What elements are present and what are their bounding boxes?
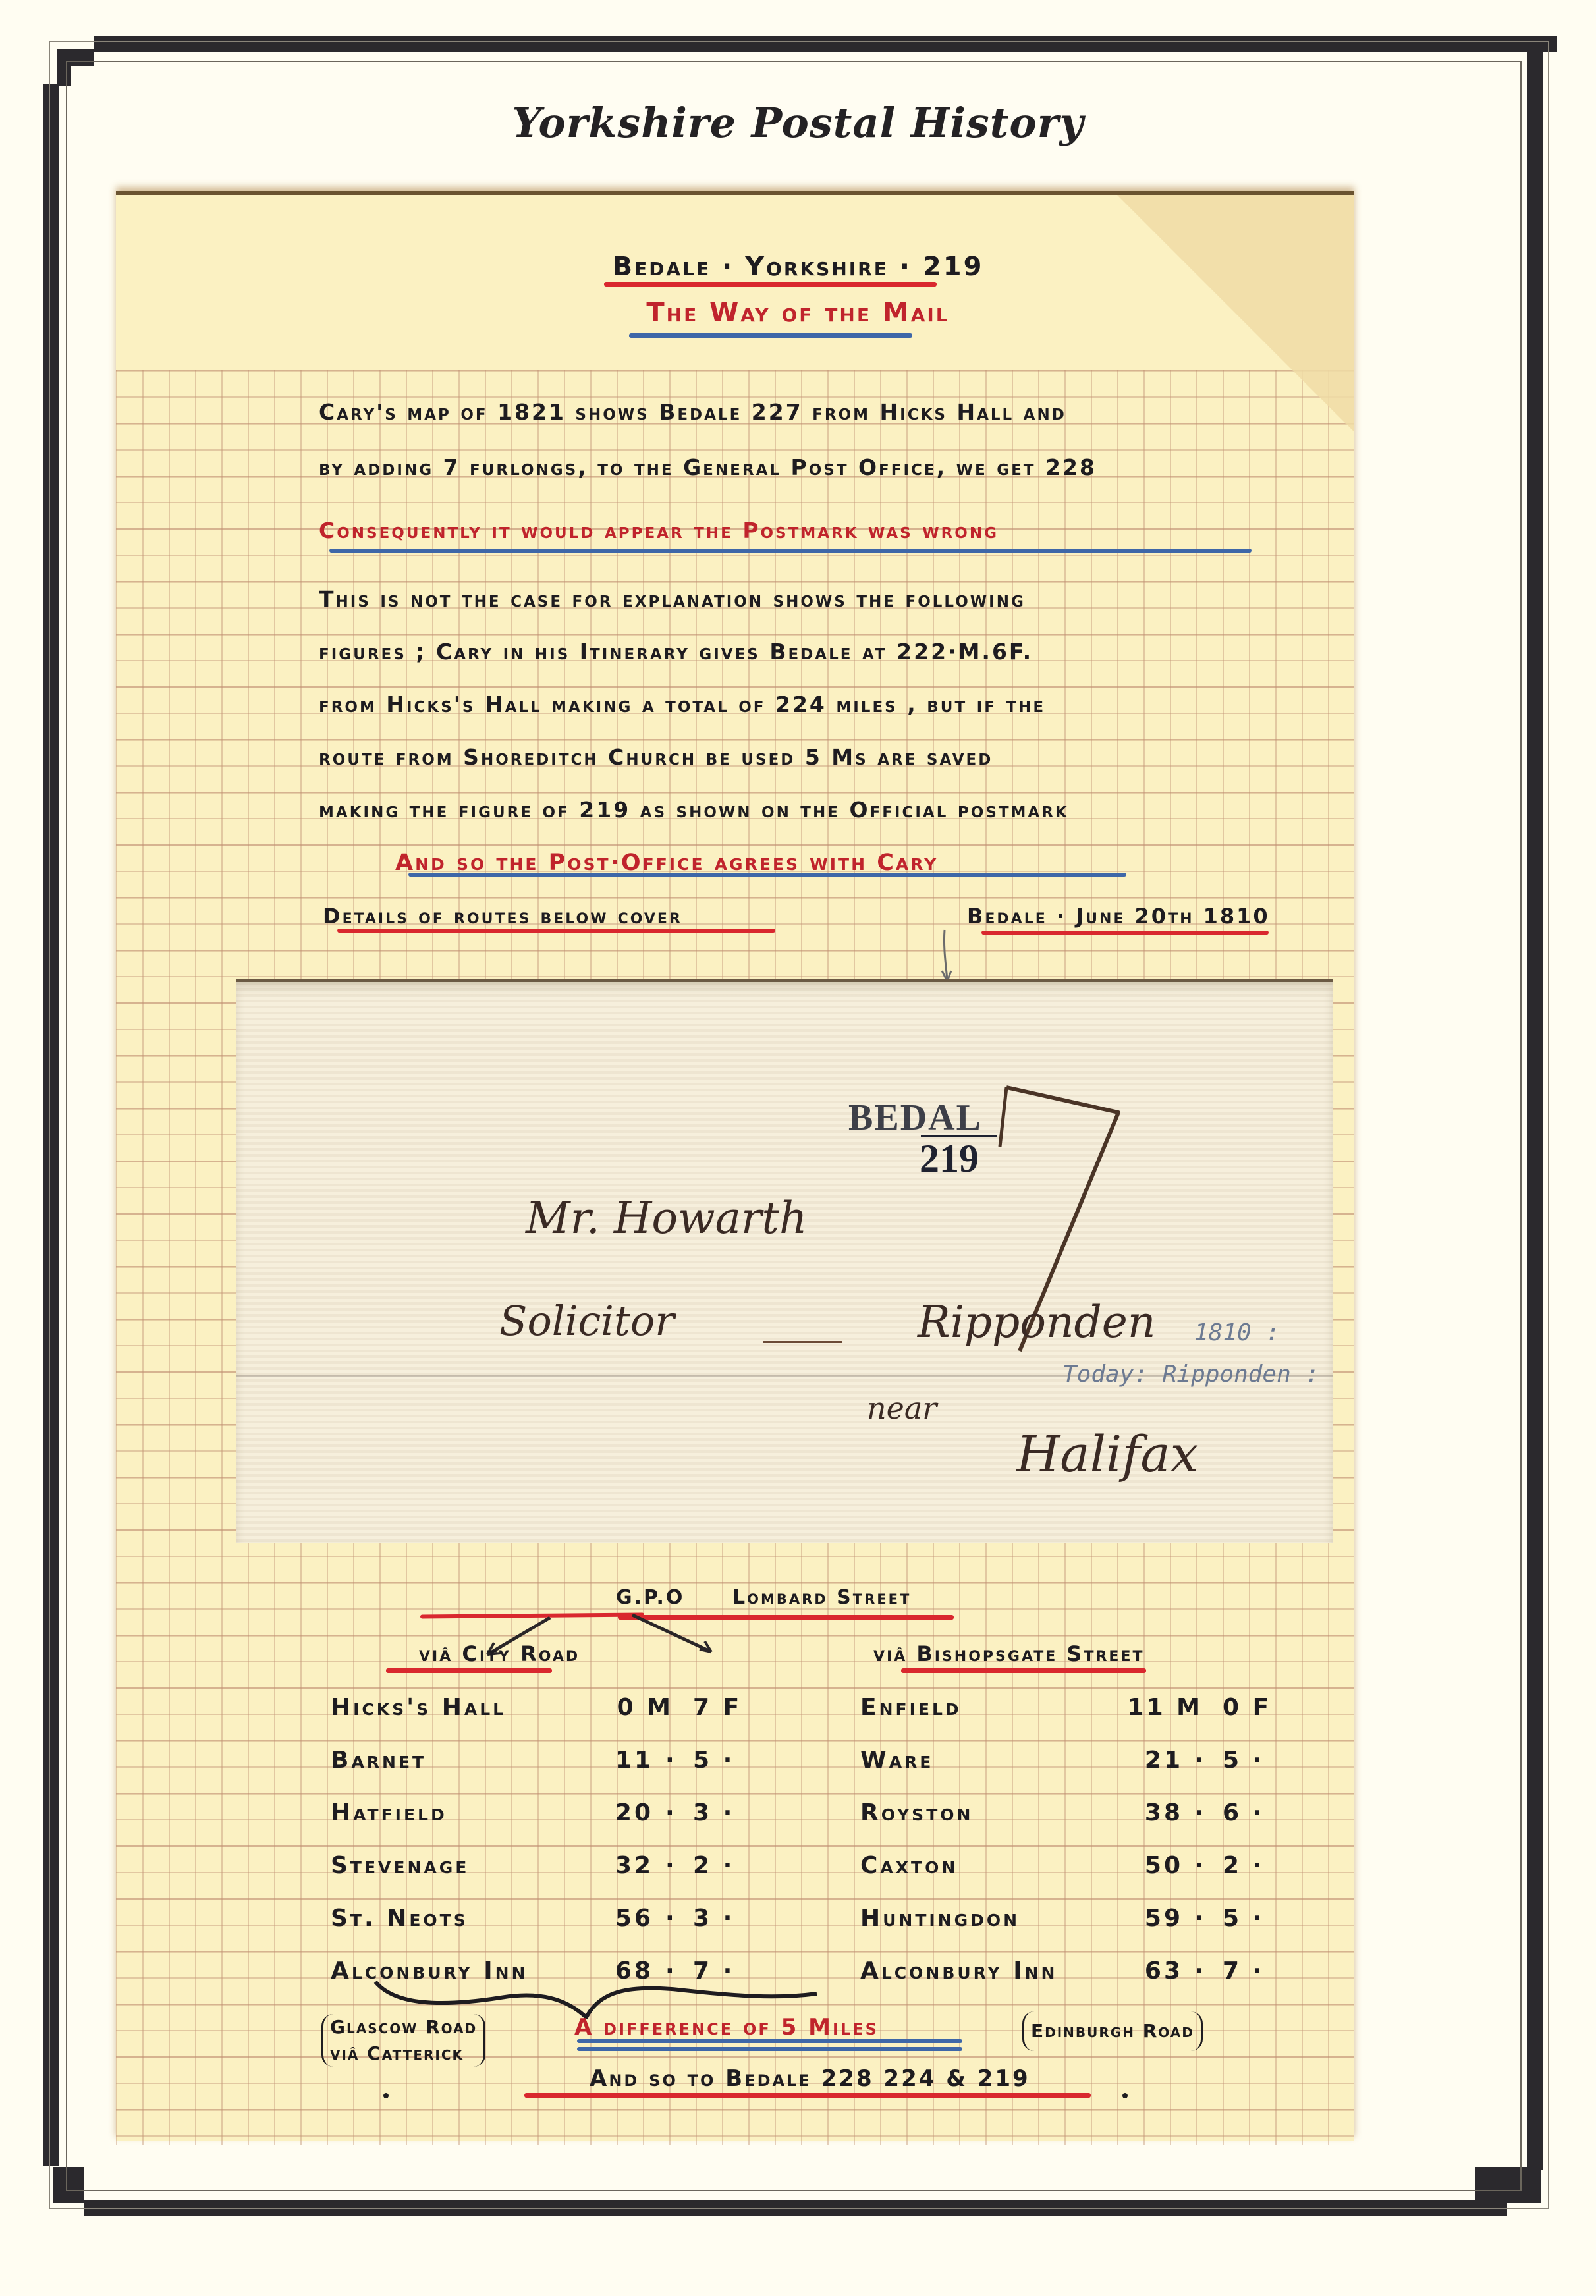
route-stop-place: Hicks's Hall (331, 1694, 506, 1721)
route-origin-street: Lombard Street (732, 1586, 911, 1609)
route-stop-miles: 20 (594, 1799, 653, 1826)
subheading-underline (629, 333, 912, 338)
route-stop-place: Hatfield (331, 1799, 447, 1826)
pencil-note-year: 1810 : (1194, 1319, 1280, 1346)
route-stop-furlongs: 3 · (693, 1905, 734, 1932)
separator-dot: · (665, 1905, 677, 1932)
paragraph-1-line-1: Cary's map of 1821 shows Bedale 227 from… (319, 399, 1274, 425)
post-office-agrees: And so the Post·Office agrees with Cary (395, 850, 938, 876)
address-near: near (867, 1390, 937, 1426)
route-stop-furlongs: 2 · (693, 1852, 734, 1879)
route-stop-furlongs: 5 · (1223, 1905, 1264, 1932)
route-origin: G.P.O (616, 1586, 684, 1609)
route-stop-miles: 38 (1124, 1799, 1183, 1826)
via-bishopsgate-underline (901, 1668, 1146, 1673)
sheet-subheading: The Way of the Mail (0, 298, 1596, 328)
difference-underline-1 (577, 2039, 962, 2043)
postmark-mileage: 219 (920, 1139, 979, 1178)
route-stop-furlongs: 5 · (693, 1747, 734, 1774)
paragraph-2-line-4: route from Shoreditch Church be used 5 M… (319, 744, 1274, 770)
route-stop-furlongs: 0 F (1223, 1694, 1271, 1721)
route-stop-miles: 0 M (594, 1694, 673, 1721)
route-stop-miles: 56 (594, 1905, 653, 1932)
heading-underline (604, 282, 937, 287)
summary-dot-right (1122, 2093, 1128, 2098)
left-route-note-line-1: Glascow Road (330, 2014, 477, 2040)
left-route-note-line-2: viâ Catterick (330, 2040, 477, 2067)
separator-dot: · (1195, 1747, 1207, 1774)
paragraph-2-line-3: from Hicks's Hall making a total of 224 … (319, 692, 1274, 717)
paragraph-2-line-1: This is not the case for explanation sho… (319, 586, 1274, 612)
sheet-heading: Bedale · Yorkshire · 219 (0, 252, 1596, 282)
via-city-road-underline (386, 1668, 552, 1673)
details-underline (337, 929, 775, 933)
details-note: Details of routes below cover (323, 904, 682, 929)
route-stop-place: Ware (860, 1747, 933, 1774)
address-title: Solicitor (499, 1297, 674, 1345)
summary-dot-left (383, 2093, 389, 2098)
separator-dot: · (665, 1799, 677, 1826)
route-stop-place: Stevenage (331, 1852, 469, 1879)
route-stop-place: Huntingdon (860, 1905, 1020, 1932)
route-stop-furlongs: 7 · (1223, 1957, 1264, 1984)
separator-dot: · (665, 1852, 677, 1879)
left-route-label: viâ City Road (419, 1641, 580, 1666)
address-name: Mr. Howarth (526, 1193, 808, 1244)
cover-date: Bedale · June 20th 1810 (967, 904, 1270, 929)
paragraph-2-line-2: figures ; Cary in his Itinerary gives Be… (319, 639, 1274, 665)
separator-dot: · (1195, 1957, 1207, 1984)
route-stop-furlongs: 6 · (1223, 1799, 1264, 1826)
arrow-down-icon (935, 929, 962, 983)
route-stop-furlongs: 5 · (1223, 1747, 1264, 1774)
route-stop-place: Barnet (331, 1747, 426, 1774)
route-stop-place: St. Neots (331, 1905, 468, 1932)
conclusion-underline (329, 549, 1252, 553)
address-town: Ripponden (918, 1297, 1155, 1348)
route-stop-furlongs: 2 · (1223, 1852, 1264, 1879)
route-stop-miles: 32 (594, 1852, 653, 1879)
brace-icon (369, 1979, 830, 2019)
summary-underline (524, 2093, 1091, 2098)
album-title: Yorkshire Postal History (0, 99, 1596, 147)
left-route-note: Glascow Road viâ Catterick (321, 2014, 485, 2067)
separator-dot: · (1195, 1799, 1207, 1826)
flourish (763, 1341, 842, 1343)
route-stop-miles: 21 (1124, 1747, 1183, 1774)
route-stop-place: Alconbury Inn (860, 1957, 1057, 1984)
route-stop-miles: 50 (1124, 1852, 1183, 1879)
conclusion-wrong: Consequently it would appear the Postmar… (319, 518, 1274, 543)
route-stop-furlongs: 3 · (693, 1799, 734, 1826)
address-city: Halifax (1016, 1425, 1199, 1483)
difference-note: A difference of 5 Miles (574, 2014, 879, 2040)
separator-dot: · (1195, 1905, 1207, 1932)
route-stop-miles: 63 (1124, 1957, 1183, 1984)
difference-underline-2 (577, 2047, 962, 2051)
entire-letter-cover: BEDAL 219 7 Mr. Howarth Solicitor Rippon… (236, 979, 1333, 1543)
paragraph-1-line-2: by adding 7 furlongs, to the General Pos… (319, 454, 1274, 480)
separator-dot: · (1195, 1852, 1207, 1879)
pencil-note-modern: Today: Ripponden : (1062, 1361, 1319, 1388)
route-stop-miles: 59 (1124, 1905, 1183, 1932)
right-route-label: viâ Bishopsgate Street (873, 1641, 1145, 1666)
paragraph-2-line-5: making the figure of 219 as shown on the… (319, 797, 1274, 823)
right-route-note: Edinburgh Road (1022, 2011, 1203, 2051)
route-stop-place: Enfield (860, 1694, 962, 1721)
postmark-town: BEDAL (848, 1099, 982, 1136)
route-stop-furlongs: 7 F (693, 1694, 742, 1721)
route-stop-miles: 11 (594, 1747, 653, 1774)
route-stop-place: Royston (860, 1799, 973, 1826)
route-stop-place: Caxton (860, 1852, 958, 1879)
cover-date-underline (981, 931, 1269, 935)
separator-dot: · (665, 1747, 677, 1774)
route-stop-miles: 11 M (1124, 1694, 1203, 1721)
agrees-underline (408, 873, 1126, 877)
route-summary: And so to Bedale 228 224 & 219 (590, 2065, 1030, 2092)
